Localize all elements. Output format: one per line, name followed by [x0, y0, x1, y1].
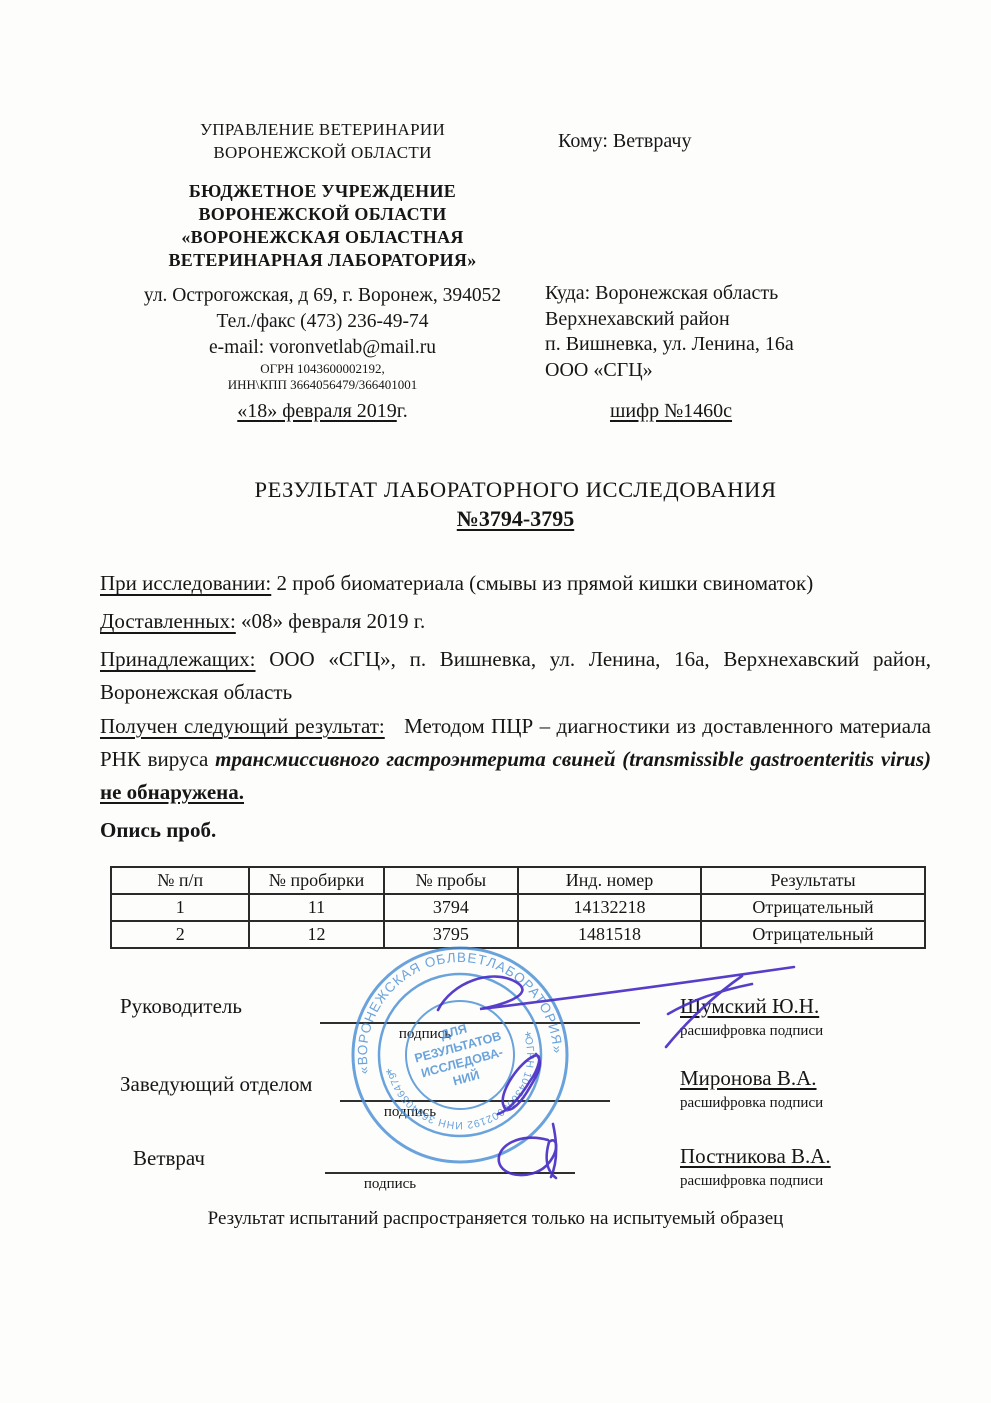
svg-text:«ВОРОНЕЖСКАЯ ОБЛВЕТЛАБОРАТОРИЯ: «ВОРОНЕЖСКАЯ ОБЛВЕТЛАБОРАТОРИЯ»	[332, 926, 569, 1107]
destination-line: Куда: Воронежская область	[545, 281, 935, 307]
delivered-label: Доставленных:	[100, 609, 236, 633]
delivered-text: «08» февраля 2019 г.	[241, 609, 425, 633]
destination-line: ООО «СГЦ»	[545, 358, 935, 384]
cell-tube: 11	[249, 894, 383, 921]
street-address: ул. Острогожская, д 69, г. Воронеж, 3940…	[100, 283, 545, 309]
addressee: Кому: Ветврачу	[558, 130, 938, 153]
signature-caption: подпись	[310, 1104, 510, 1121]
result-latin: (transmissible gastroenteritis virus)	[622, 747, 931, 771]
cell-tube: 12	[249, 921, 383, 948]
document-date: «18» февраля 2019г.	[100, 400, 545, 423]
inn-kpp: ИНН\КПП 3664056479/366401001	[100, 377, 545, 393]
table-header-row: № п/п № пробирки № пробы Инд. номер Резу…	[111, 867, 925, 894]
col-header-results: Результаты	[701, 867, 925, 894]
signature-role-director: Руководитель	[120, 994, 242, 1019]
samples-section-title: Опись проб.	[100, 818, 216, 843]
date-value: «18» февраля 2019	[237, 400, 397, 422]
samples-table: № п/п № пробирки № пробы Инд. номер Резу…	[110, 866, 926, 949]
result-verdict: не обнаружена.	[100, 780, 244, 804]
signature-name-director: Шумский Ю.Н.	[680, 994, 819, 1019]
institution-line: БЮДЖЕТНОЕ УЧРЕЖДЕНИЕ	[100, 180, 545, 203]
signature-note: расшифровка подписи	[680, 1023, 823, 1040]
signature-line	[340, 1100, 610, 1102]
institution-line: ВЕТЕРИНАРНАЯ ЛАБОРАТОРИЯ»	[100, 249, 545, 272]
svg-text:ОГРН 1043600002192 ИНН 3664056: ОГРН 1043600002192 ИНН 3664056479	[386, 1034, 553, 1148]
paragraph-belongs: Принадлежащих: ООО «СГЦ», п. Вишневка, у…	[100, 643, 931, 709]
contact-block: ул. Острогожская, д 69, г. Воронеж, 3940…	[100, 283, 545, 393]
ogrn: ОГРН 1043600002192,	[100, 361, 545, 377]
cell-sample: 3794	[384, 894, 518, 921]
destination-line: Верхнехавский район	[545, 307, 935, 333]
signature-name-head-of-department: Миронова В.А.	[680, 1066, 817, 1091]
result-emphasis: трансмиссивного гастроэнтерита свиней	[215, 747, 615, 771]
email: e-mail: voronvetlab@mail.ru	[100, 335, 545, 361]
signature-caption: подпись	[290, 1176, 490, 1193]
stamp-star: *	[385, 1066, 395, 1084]
destination-block: Куда: Воронежская область Верхнехавский …	[545, 281, 935, 383]
signature-role-head-of-department: Заведующий отделом	[120, 1072, 312, 1097]
destination-line: п. Вишневка, ул. Ленина, 16а	[545, 332, 935, 358]
phone: Тел./факс (473) 236-49-74	[100, 309, 545, 335]
stamp-outer-text: «ВОРОНЕЖСКАЯ ОБЛВЕТЛАБОРАТОРИЯ»	[332, 926, 569, 1107]
cell-sample: 3795	[384, 921, 518, 948]
col-header-sample: № пробы	[384, 867, 518, 894]
paragraph-research: При исследовании: 2 проб биоматериала (с…	[100, 567, 931, 600]
signature-line	[325, 1172, 575, 1174]
footer-disclaimer: Результат испытаний распространяется тол…	[0, 1208, 991, 1230]
document-title: РЕЗУЛЬТАТ ЛАБОРАТОРНОГО ИССЛЕДОВАНИЯ	[100, 477, 931, 503]
institution-name: БЮДЖЕТНОЕ УЧРЕЖДЕНИЕ ВОРОНЕЖСКОЙ ОБЛАСТИ…	[100, 180, 545, 272]
institution-line: ВОРОНЕЖСКОЙ ОБЛАСТИ	[100, 203, 545, 226]
paragraph-result: Получен следующий результат: Методом ПЦР…	[100, 710, 931, 809]
stamp-ring-text: ОГРН 1043600002192 ИНН 3664056479	[386, 1034, 553, 1148]
document-page: УПРАВЛЕНИЕ ВЕТЕРИНАРИИ ВОРОНЕЖСКОЙ ОБЛАС…	[0, 0, 991, 1403]
research-label: При исследовании:	[100, 571, 271, 595]
cell-result: Отрицательный	[701, 894, 925, 921]
signature-note: расшифровка подписи	[680, 1095, 823, 1112]
signature-caption: подпись	[305, 1026, 545, 1043]
date-suffix: г.	[397, 400, 408, 422]
research-text: 2 проб биоматериала (смывы из прямой киш…	[277, 571, 814, 595]
stamp-center-line: ИССЛЕДОВА-	[420, 1045, 505, 1080]
signature-name-vet: Постникова В.А.	[680, 1144, 831, 1169]
col-header-ind-number: Инд. номер	[518, 867, 701, 894]
document-number: №3794-3795	[100, 506, 931, 532]
table-row: 2 12 3795 1481518 Отрицательный	[111, 921, 925, 948]
department-line: УПРАВЛЕНИЕ ВЕТЕРИНАРИИ	[100, 118, 545, 141]
department-name: УПРАВЛЕНИЕ ВЕТЕРИНАРИИ ВОРОНЕЖСКОЙ ОБЛАС…	[100, 118, 545, 164]
cell-index: 2	[111, 921, 249, 948]
round-stamp-icon: «ВОРОНЕЖСКАЯ ОБЛВЕТЛАБОРАТОРИЯ» ОГРН 104…	[329, 924, 591, 1186]
institution-line: «ВОРОНЕЖСКАЯ ОБЛАСТНАЯ	[100, 226, 545, 249]
col-header-index: № п/п	[111, 867, 249, 894]
cell-ind-number: 14132218	[518, 894, 701, 921]
stamp-center-line: НИЙ	[451, 1067, 481, 1088]
col-header-tube: № пробирки	[249, 867, 383, 894]
department-line: ВОРОНЕЖСКОЙ ОБЛАСТИ	[100, 141, 545, 164]
table-row: 1 11 3794 14132218 Отрицательный	[111, 894, 925, 921]
cipher-number: шифр №1460с	[610, 400, 732, 423]
signature-note: расшифровка подписи	[680, 1173, 823, 1190]
paragraph-delivered: Доставленных: «08» февраля 2019 г.	[100, 605, 931, 638]
cell-index: 1	[111, 894, 249, 921]
signature-line	[320, 1022, 640, 1024]
signature-scribble-vet	[551, 1124, 556, 1177]
result-label: Получен следующий результат:	[100, 714, 385, 738]
cell-result: Отрицательный	[701, 921, 925, 948]
belongs-label: Принадлежащих:	[100, 647, 256, 671]
cell-ind-number: 1481518	[518, 921, 701, 948]
signature-role-vet: Ветврач	[133, 1146, 205, 1171]
